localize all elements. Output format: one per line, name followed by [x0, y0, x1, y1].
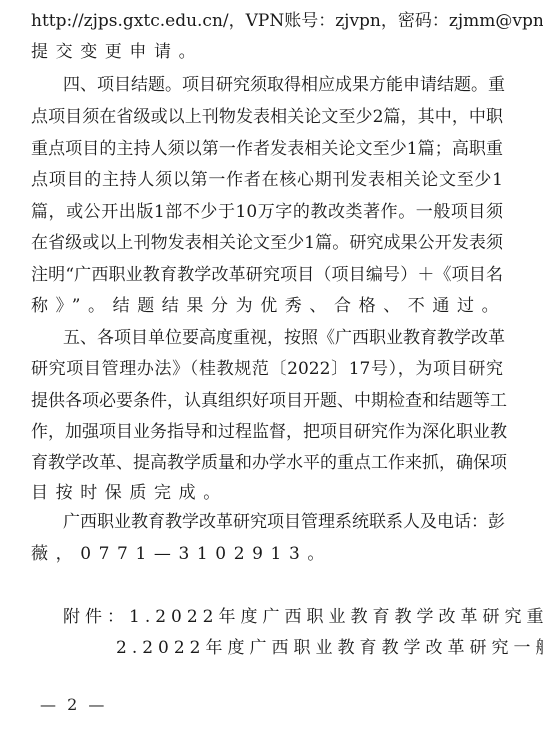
section-five-heading-line: 五、各项目单位要高度重视，按照《广西职业教育教学改革	[63, 323, 503, 353]
paragraph-line: 育教学改革、提高教学质量和办学水平的重点工作来抓，确保项	[31, 448, 503, 478]
paragraph-line: 在省级或以上刊物发表相关论文至少1篇。研究成果公开发表须	[31, 228, 503, 258]
attachment-label: 附件：	[63, 607, 129, 627]
paragraph-line: 点项目的主持人须以第一作者在核心期刊发表相关论文至少1	[31, 165, 503, 195]
attachment-title: 1.2022年度广西职业教育教学改革研究重点项目	[129, 607, 543, 627]
contact-line: 广西职业教育教学改革研究项目管理系统联系人及电话：彭	[63, 507, 503, 537]
paragraph-line: 称》”。结题结果分为优秀、合格、不通过。	[31, 291, 503, 321]
paragraph-line: 提交变更申请。	[31, 37, 503, 67]
paragraph-line: 篇，或公开出版1部不少于10万字的教改类著作。一般项目须	[31, 197, 503, 227]
paragraph-line-url: http://zjps.gxtc.edu.cn/，VPN账号：zjvpn，密码：…	[31, 6, 503, 36]
paragraph-line: 目按时保质完成。	[31, 478, 503, 508]
attachment-item-1: 附件：1.2022年度广西职业教育教学改革研究重点项目	[63, 602, 543, 632]
section-four-heading-line: 四、项目结题。项目研究须取得相应成果方能申请结题。重	[63, 70, 503, 100]
contact-phone-line: 薇，0771—3102913。	[31, 539, 503, 569]
attachment-item-2: 2.2022年度广西职业教育教学改革研究一般项目	[116, 633, 543, 663]
paragraph-line: 重点项目的主持人须以第一作者发表相关论文至少1篇；高职重	[31, 134, 503, 164]
paragraph-line: 研究项目管理办法》（桂教规范〔2022〕17号），为项目研究	[31, 354, 503, 384]
page-number: — 2 —	[40, 692, 107, 718]
paragraph-line: 作，加强项目业务指导和过程监督，把项目研究作为深化职业教	[31, 417, 503, 447]
paragraph-line: 注明“广西职业教育教学改革研究项目（项目编号）＋《项目名	[31, 260, 503, 290]
document-page: http://zjps.gxtc.edu.cn/，VPN账号：zjvpn，密码：…	[0, 0, 543, 734]
paragraph-line: 提供各项必要条件，认真组织好项目开题、中期检查和结题等工	[31, 386, 503, 416]
paragraph-line: 点项目须在省级或以上刊物发表相关论文至少2篇，其中，中职	[31, 102, 503, 132]
